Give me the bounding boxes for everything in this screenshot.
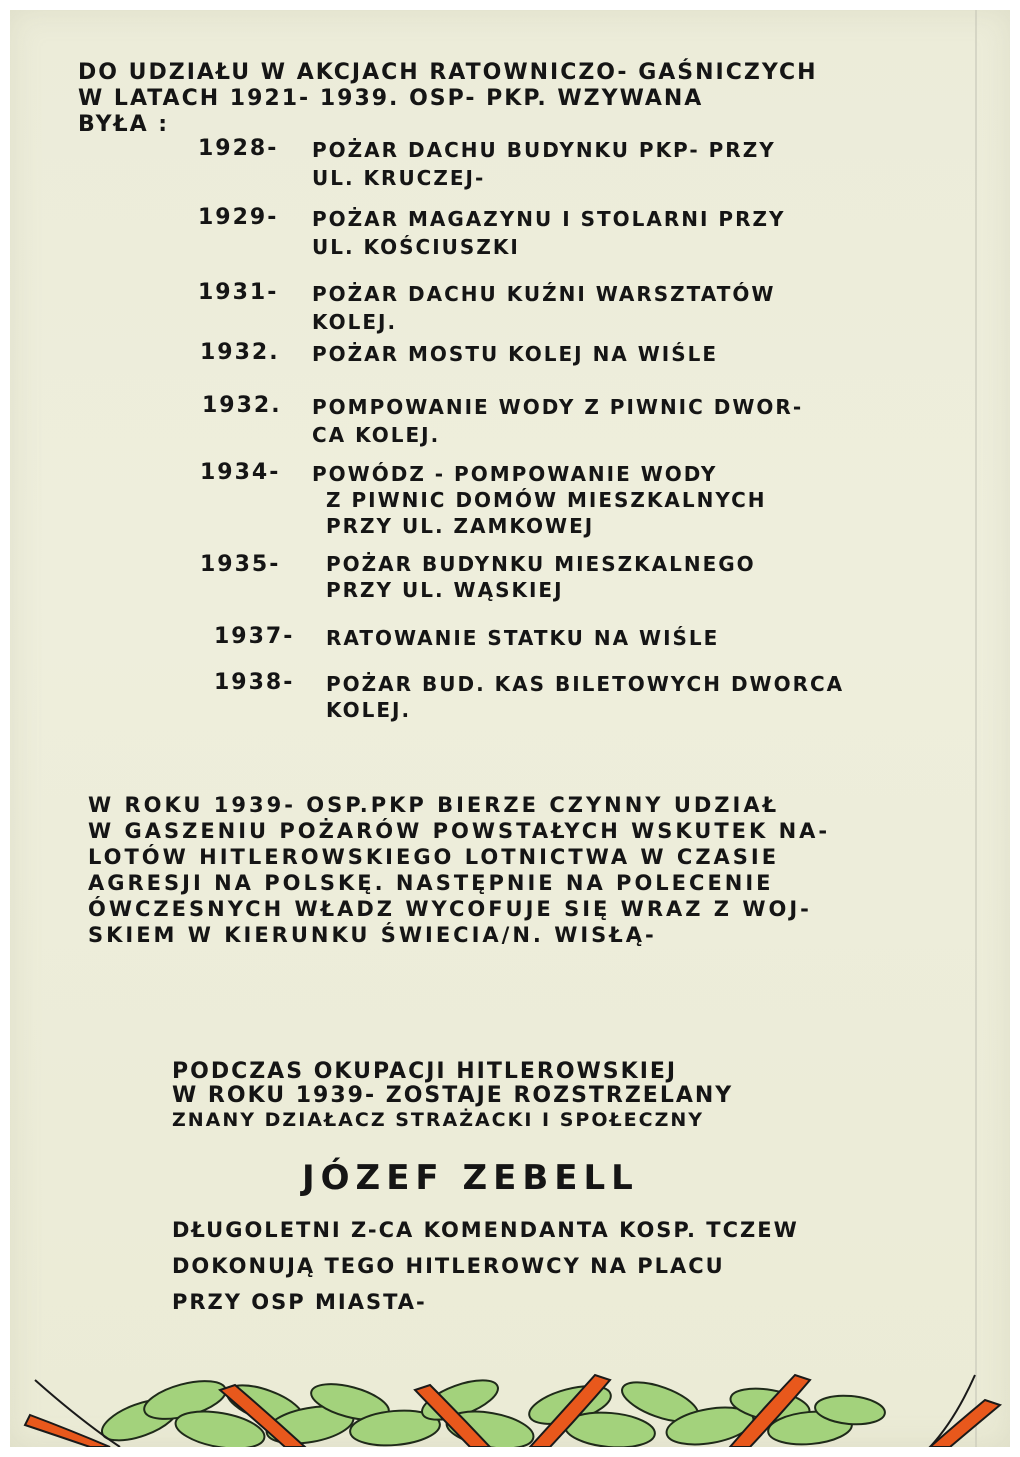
event-text: RATOWANIE STATKU NA WIŚLE xyxy=(326,626,719,650)
paragraph-line: W ROKU 1939- OSP.PKP BIERZE CZYNNY UDZIA… xyxy=(88,792,830,818)
intro-line: W LATACH 1921- 1939. OSP- PKP. WZYWANA xyxy=(78,86,818,112)
paragraph-line: AGRESJI NA POLSKĘ. NASTĘPNIE NA POLECENI… xyxy=(88,870,830,896)
event-year: 1932. xyxy=(200,340,280,365)
details-line: PRZY OSP MIASTA- xyxy=(172,1284,799,1320)
event-year: 1934- xyxy=(200,460,280,485)
details-line: DOKONUJĄ TEGO HITLEROWCY NA PLACU xyxy=(172,1248,799,1284)
event-year: 1935- xyxy=(200,552,280,577)
event-year: 1931- xyxy=(198,280,278,305)
event-year: 1929- xyxy=(198,205,278,230)
paragraph-1939: W ROKU 1939- OSP.PKP BIERZE CZYNNY UDZIA… xyxy=(88,792,830,948)
details-line: DŁUGOLETNI Z-CA KOMENDANTA KOSP. TCZEW xyxy=(172,1212,799,1248)
intro-text: DO UDZIAŁU W AKCJACH RATOWNICZO- GAŚNICZ… xyxy=(78,60,818,138)
event-text: POMPOWANIE WODY Z PIWNIC DWOR- xyxy=(312,395,803,419)
paragraph-line: ÓWCZESNYCH WŁADZ WYCOFUJE SIĘ WRAZ Z WOJ… xyxy=(88,896,830,922)
event-text: UL. KRUCZEJ- xyxy=(312,166,485,190)
event-year: 1937- xyxy=(214,624,294,649)
occupation-heading: PODCZAS OKUPACJI HITLEROWSKIEJ W ROKU 19… xyxy=(172,1060,733,1132)
occupation-line: ZNANY DZIAŁACZ STRAŻACKI I SPOŁECZNY xyxy=(172,1108,733,1132)
event-year: 1928- xyxy=(198,136,278,161)
laurel-ribbon-icon xyxy=(10,1360,1010,1447)
event-text: POŻAR BUDYNKU MIESZKALNEGO xyxy=(326,552,756,576)
event-text: POŻAR BUD. KAS BILETOWYCH DWORCA xyxy=(326,672,844,696)
intro-line: BYŁA : xyxy=(78,112,818,138)
event-text: POŻAR MOSTU KOLEJ NA WIŚLE xyxy=(312,342,718,366)
person-name: JÓZEF ZEBELL xyxy=(302,1158,639,1198)
event-year: 1932. xyxy=(202,393,282,418)
event-text: POWÓDZ - POMPOWANIE WODY xyxy=(312,462,717,486)
event-text: PRZY UL. ZAMKOWEJ xyxy=(326,514,594,538)
event-text: POŻAR DACHU BUDYNKU PKP- PRZY xyxy=(312,138,776,162)
paragraph-line: W GASZENIU POŻARÓW POWSTAŁYCH WSKUTEK NA… xyxy=(88,818,830,844)
intro-line: DO UDZIAŁU W AKCJACH RATOWNICZO- GAŚNICZ… xyxy=(78,60,818,86)
event-year: 1938- xyxy=(214,670,294,695)
paragraph-line: SKIEM W KIERUNKU ŚWIECIA/N. WISŁĄ- xyxy=(88,922,830,948)
event-text: KOLEJ. xyxy=(326,698,411,722)
event-text: POŻAR MAGAZYNU I STOLARNI PRZY xyxy=(312,207,785,231)
occupation-details: DŁUGOLETNI Z-CA KOMENDANTA KOSP. TCZEW D… xyxy=(172,1212,799,1320)
event-text: POŻAR DACHU KUŹNI WARSZTATÓW xyxy=(312,282,775,306)
event-text: KOLEJ. xyxy=(312,310,397,334)
event-text: PRZY UL. WĄSKIEJ xyxy=(326,578,564,602)
laurel-wreath-decoration xyxy=(10,1360,1010,1447)
occupation-line: PODCZAS OKUPACJI HITLEROWSKIEJ xyxy=(172,1060,733,1084)
occupation-line: W ROKU 1939- ZOSTAJE ROZSTRZELANY xyxy=(172,1084,733,1108)
paper-crease xyxy=(975,10,977,1447)
paragraph-line: LOTÓW HITLEROWSKIEGO LOTNICTWA W CZASIE xyxy=(88,844,830,870)
event-text: CA KOLEJ. xyxy=(312,423,440,447)
event-text: UL. KOŚCIUSZKI xyxy=(312,235,520,259)
event-text: Z PIWNIC DOMÓW MIESZKALNYCH xyxy=(326,488,767,512)
